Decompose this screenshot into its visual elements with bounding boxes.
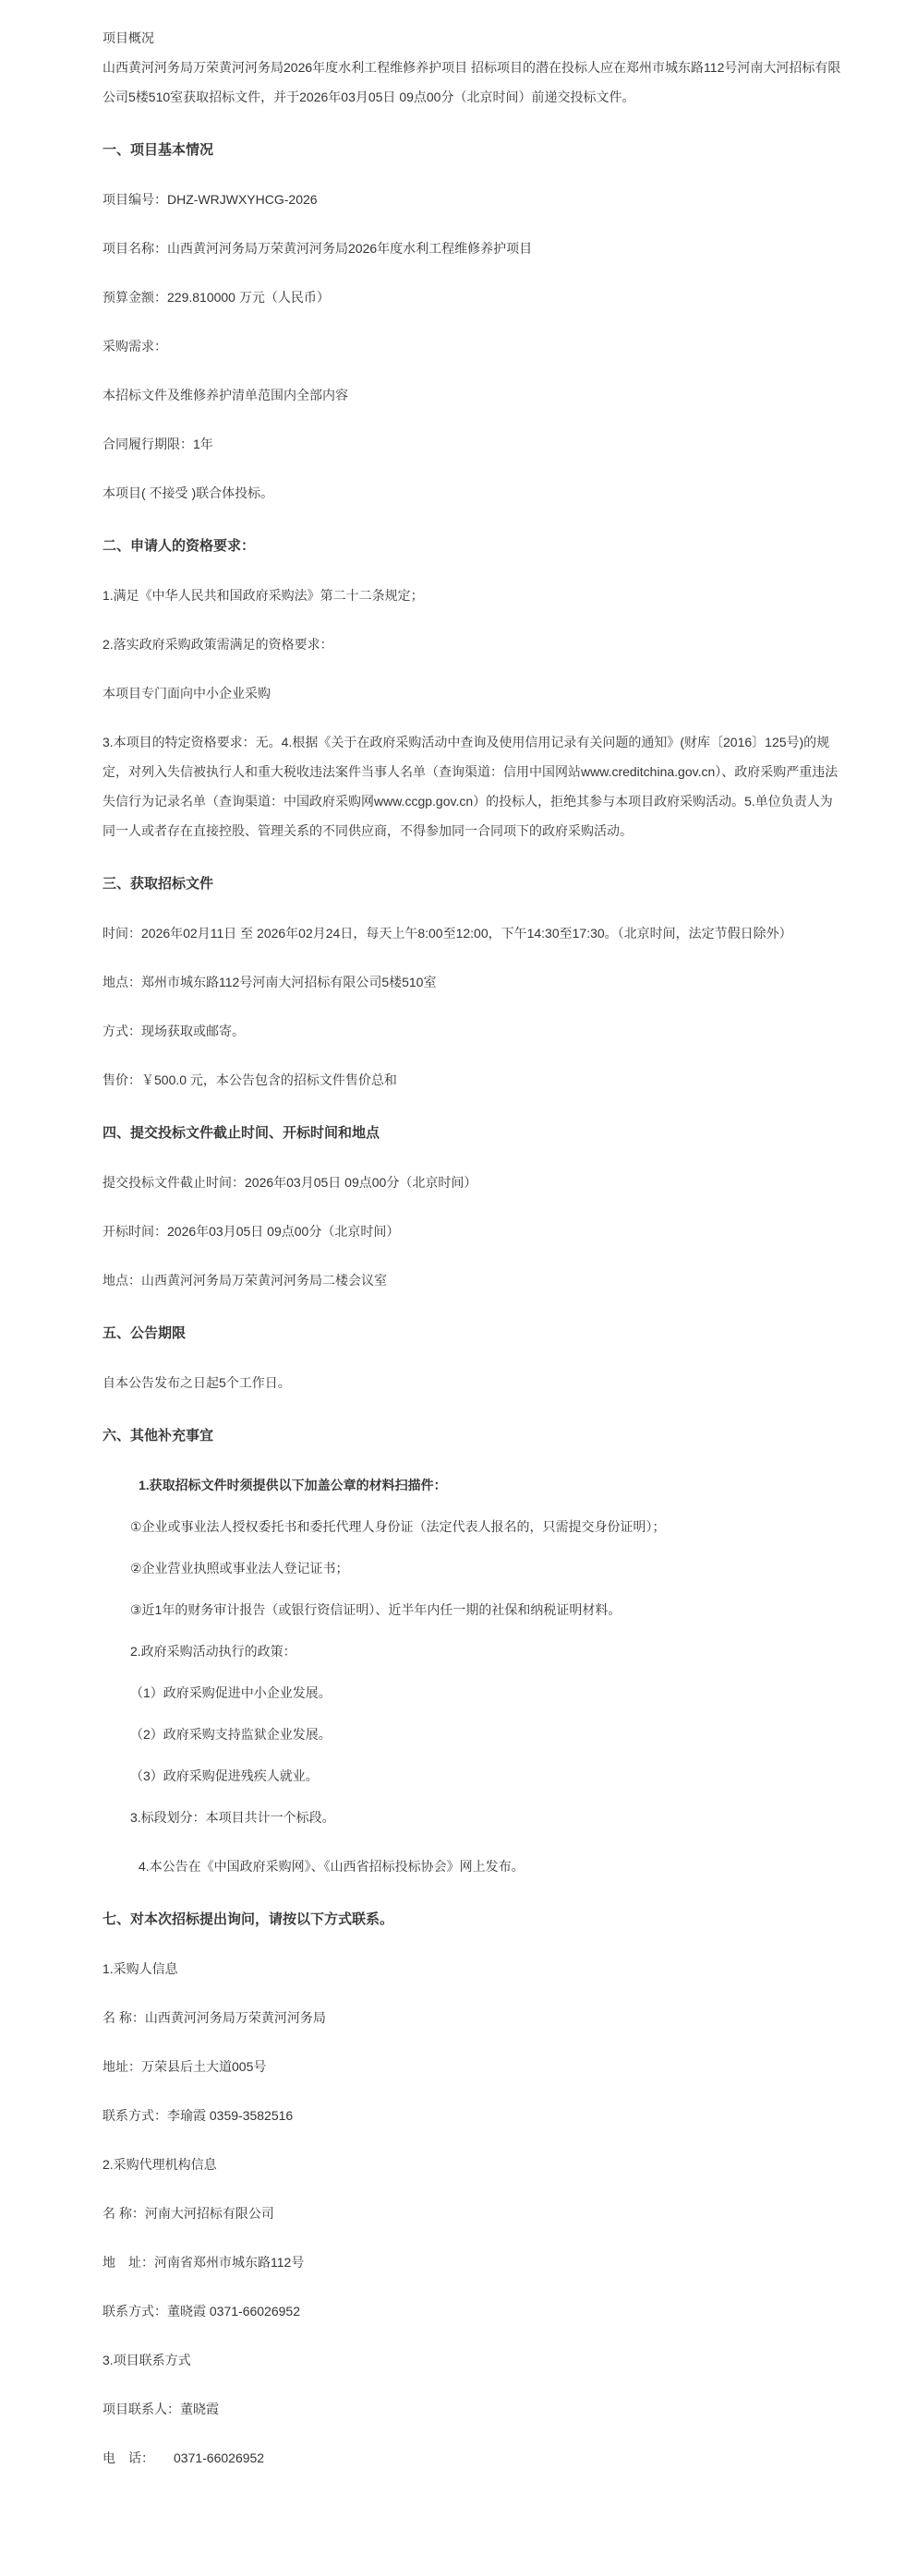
paragraph: 联系方式：李瑜霞 0359-3582516: [103, 2101, 841, 2130]
paragraph: 3.项目联系方式: [103, 2345, 841, 2375]
paragraph: 自本公告发布之日起5个工作日。: [103, 1368, 841, 1397]
paragraph: 时间：2026年02月11日 至 2026年02月24日，每天上午8:00至12…: [103, 918, 841, 948]
paragraph: 项目编号：DHZ-WRJWXYHCG-2026: [103, 185, 841, 214]
paragraph: 2.采购代理机构信息: [103, 2150, 841, 2179]
section-heading: 一、项目基本情况: [103, 136, 841, 165]
paragraph: 本项目( 不接受 )联合体投标。: [103, 478, 841, 508]
paragraph: 地点：郑州市城东路112号河南大河招标有限公司5楼510室: [103, 967, 841, 997]
paragraph: 2.落实政府采购政策需满足的资格要求：: [103, 629, 841, 659]
paragraph: 3.本项目的特定资格要求：无。4.根据《关于在政府采购活动中查询及使用信用记录有…: [103, 727, 841, 845]
section-heading: 六、其他补充事宜: [103, 1421, 841, 1451]
section-heading: 三、获取招标文件: [103, 869, 841, 899]
paragraph: 名 称：山西黄河河务局万荣黄河河务局: [103, 2003, 841, 2032]
paragraph: 提交投标文件截止时间：2026年03月05日 09点00分（北京时间）: [103, 1168, 841, 1197]
paragraph: 地点：山西黄河河务局万荣黄河河务局二楼会议室: [103, 1265, 841, 1295]
paragraph: （1）政府采购促进中小企业发展。: [103, 1678, 841, 1707]
paragraph: （3）政府采购促进残疾人就业。: [103, 1761, 841, 1791]
paragraph: ②企业营业执照或事业法人登记证书；: [103, 1553, 841, 1583]
paragraph: 开标时间：2026年03月05日 09点00分（北京时间）: [103, 1216, 841, 1246]
section-heading: 二、申请人的资格要求：: [103, 532, 841, 561]
paragraph: 项目联系人：董晓霞: [103, 2394, 841, 2424]
paragraph: 4.本公告在《中国政府采购网》、《山西省招标投标协会》网上发布。: [103, 1851, 841, 1881]
paragraph: （2）政府采购支持监狱企业发展。: [103, 1719, 841, 1749]
paragraph: 本项目专门面向中小企业采购: [103, 678, 841, 708]
paragraph: 项目名称：山西黄河河务局万荣黄河河务局2026年度水利工程维修养护项目: [103, 234, 841, 263]
section-heading: 四、提交投标文件截止时间、开标时间和地点: [103, 1119, 841, 1148]
paragraph: 采购需求：: [103, 331, 841, 361]
paragraph: 电 话： 0371-66026952: [103, 2443, 841, 2473]
paragraph: 合同履行期限：1年: [103, 429, 841, 459]
paragraph: 预算金额：229.810000 万元（人民币）: [103, 282, 841, 312]
paragraph: ③近1年的财务审计报告（或银行资信证明）、近半年内任一期的社保和纳税证明材料。: [103, 1595, 841, 1624]
paragraph: 项目概况 山西黄河河务局万荣黄河河务局2026年度水利工程维修养护项目 招标项目…: [103, 23, 841, 112]
paragraph: 2.政府采购活动执行的政策：: [103, 1636, 841, 1666]
section-heading: 五、公告期限: [103, 1319, 841, 1348]
paragraph: 名 称：河南大河招标有限公司: [103, 2199, 841, 2228]
paragraph: 地址：万荣县后土大道005号: [103, 2052, 841, 2081]
paragraph: 本招标文件及维修养护清单范围内全部内容: [103, 380, 841, 410]
paragraph: 1.满足《中华人民共和国政府采购法》第二十二条规定；: [103, 581, 841, 610]
paragraph: 方式：现场获取或邮寄。: [103, 1016, 841, 1046]
paragraph: 3.标段划分：本项目共计一个标段。: [103, 1803, 841, 1832]
section-heading: 七、对本次招标提出询问，请按以下方式联系。: [103, 1905, 841, 1935]
paragraph: ①企业或事业法人授权委托书和委托代理人身份证（法定代表人报名的，只需提交身份证明…: [103, 1512, 841, 1541]
paragraph: 联系方式：董晓霞 0371-66026952: [103, 2296, 841, 2326]
paragraph: 1.采购人信息: [103, 1954, 841, 1983]
paragraph: 地 址：河南省郑州市城东路112号: [103, 2247, 841, 2277]
paragraph: 售价：￥500.0 元，本公告包含的招标文件售价总和: [103, 1065, 841, 1095]
paragraph: 1.获取招标文件时须提供以下加盖公章的材料扫描件：: [103, 1470, 841, 1500]
tender-announcement-document: 项目概况 山西黄河河务局万荣黄河河务局2026年度水利工程维修养护项目 招标项目…: [0, 0, 917, 2576]
